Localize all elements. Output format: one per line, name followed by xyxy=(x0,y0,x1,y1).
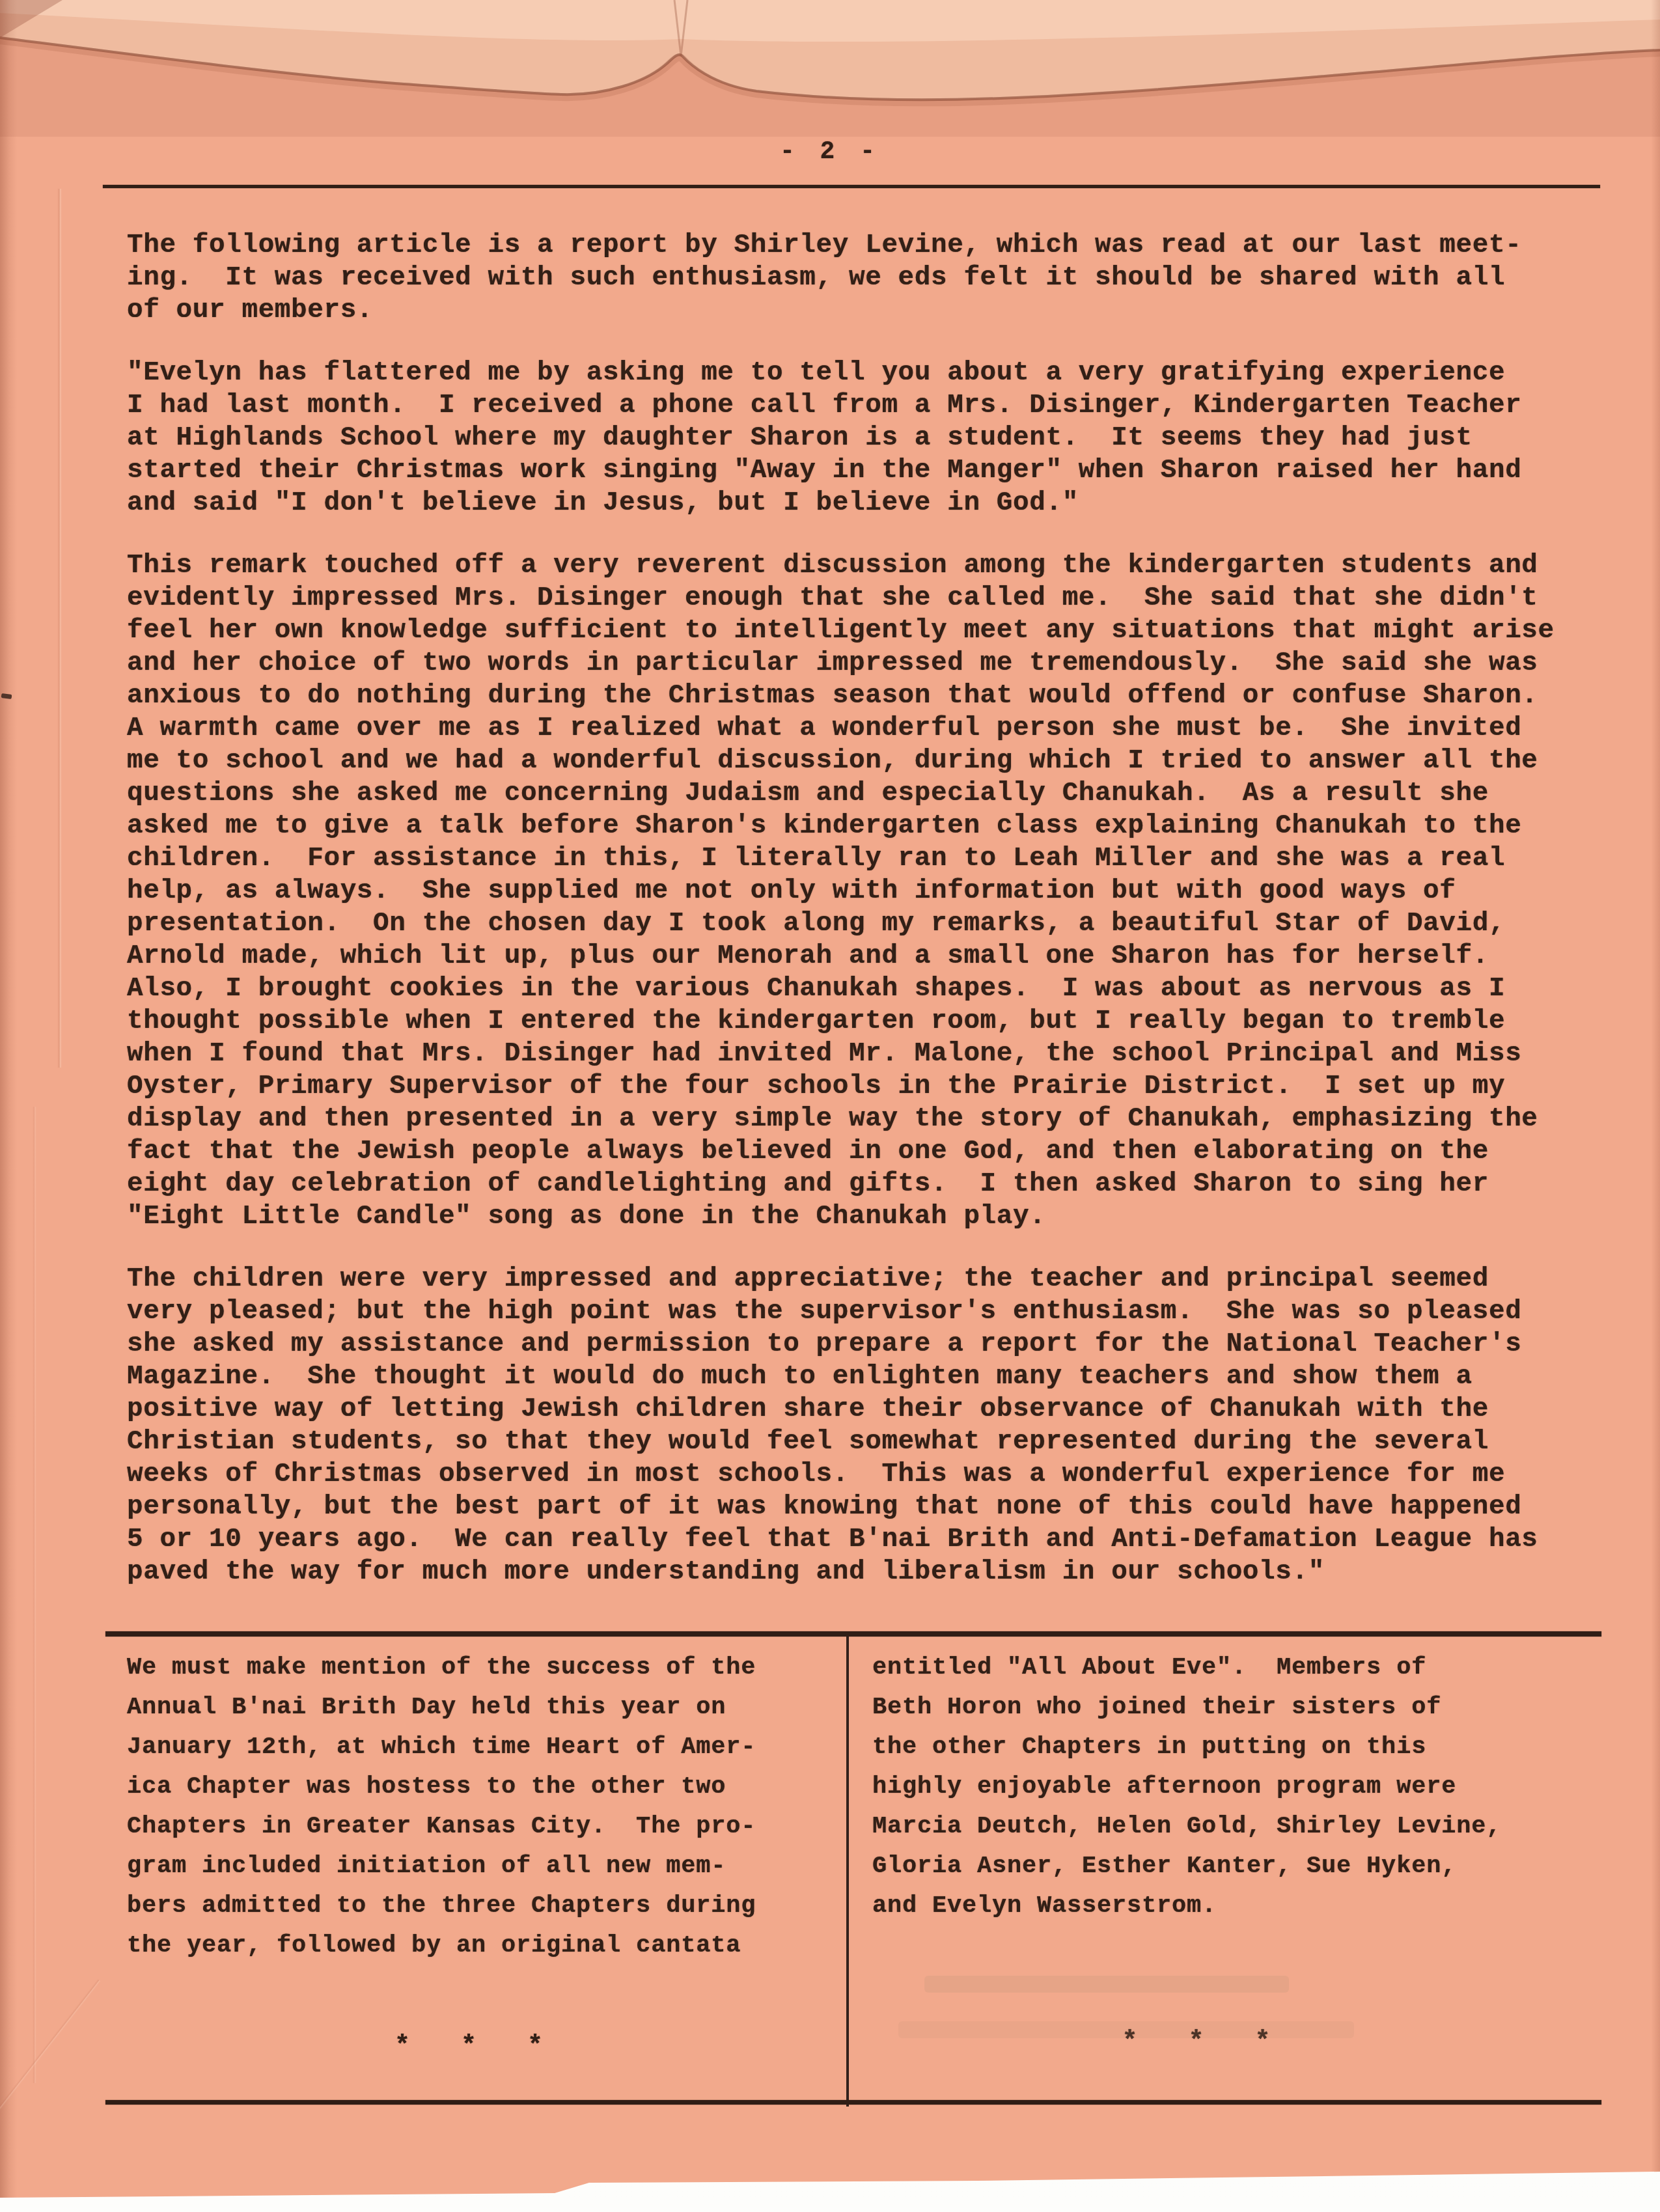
header-rule xyxy=(103,185,1600,188)
section-divider-rule xyxy=(105,1631,1601,1637)
article-body: The following article is a report by Shi… xyxy=(127,229,1598,1588)
paper-left-edge-shadow xyxy=(0,0,17,2198)
left-column: We must make mention of the success of t… xyxy=(127,1648,817,2062)
bleed-through-smudge xyxy=(898,2021,1354,2038)
paragraph-intro: The following article is a report by Shi… xyxy=(127,229,1598,327)
paper-fold-crease xyxy=(0,0,1660,137)
asterisk-separator: * * * xyxy=(127,2032,817,2062)
paper-crease xyxy=(57,189,62,1068)
right-column: entitled "All About Eve". Members of Bet… xyxy=(872,1648,1527,2058)
paragraph-report-closing: The children were very impressed and app… xyxy=(127,1263,1598,1588)
paper-sheet: - 2 - The following article is a report … xyxy=(0,0,1660,2212)
paper-crease xyxy=(33,1107,36,2083)
right-column-text: entitled "All About Eve". Members of Bet… xyxy=(872,1648,1527,1926)
bleed-through-smudge xyxy=(924,1976,1289,1993)
page-number: - 2 - xyxy=(0,138,1660,167)
column-divider-rule xyxy=(846,1637,849,2107)
paragraph-report-opening: "Evelyn has flattered me by asking me to… xyxy=(127,357,1598,519)
left-column-text: We must make mention of the success of t… xyxy=(127,1648,817,1966)
paper-right-edge-shadow xyxy=(1651,0,1660,2172)
paragraph-report-main: This remark touched off a very reverent … xyxy=(127,549,1598,1233)
footer-rule xyxy=(105,2100,1601,2105)
